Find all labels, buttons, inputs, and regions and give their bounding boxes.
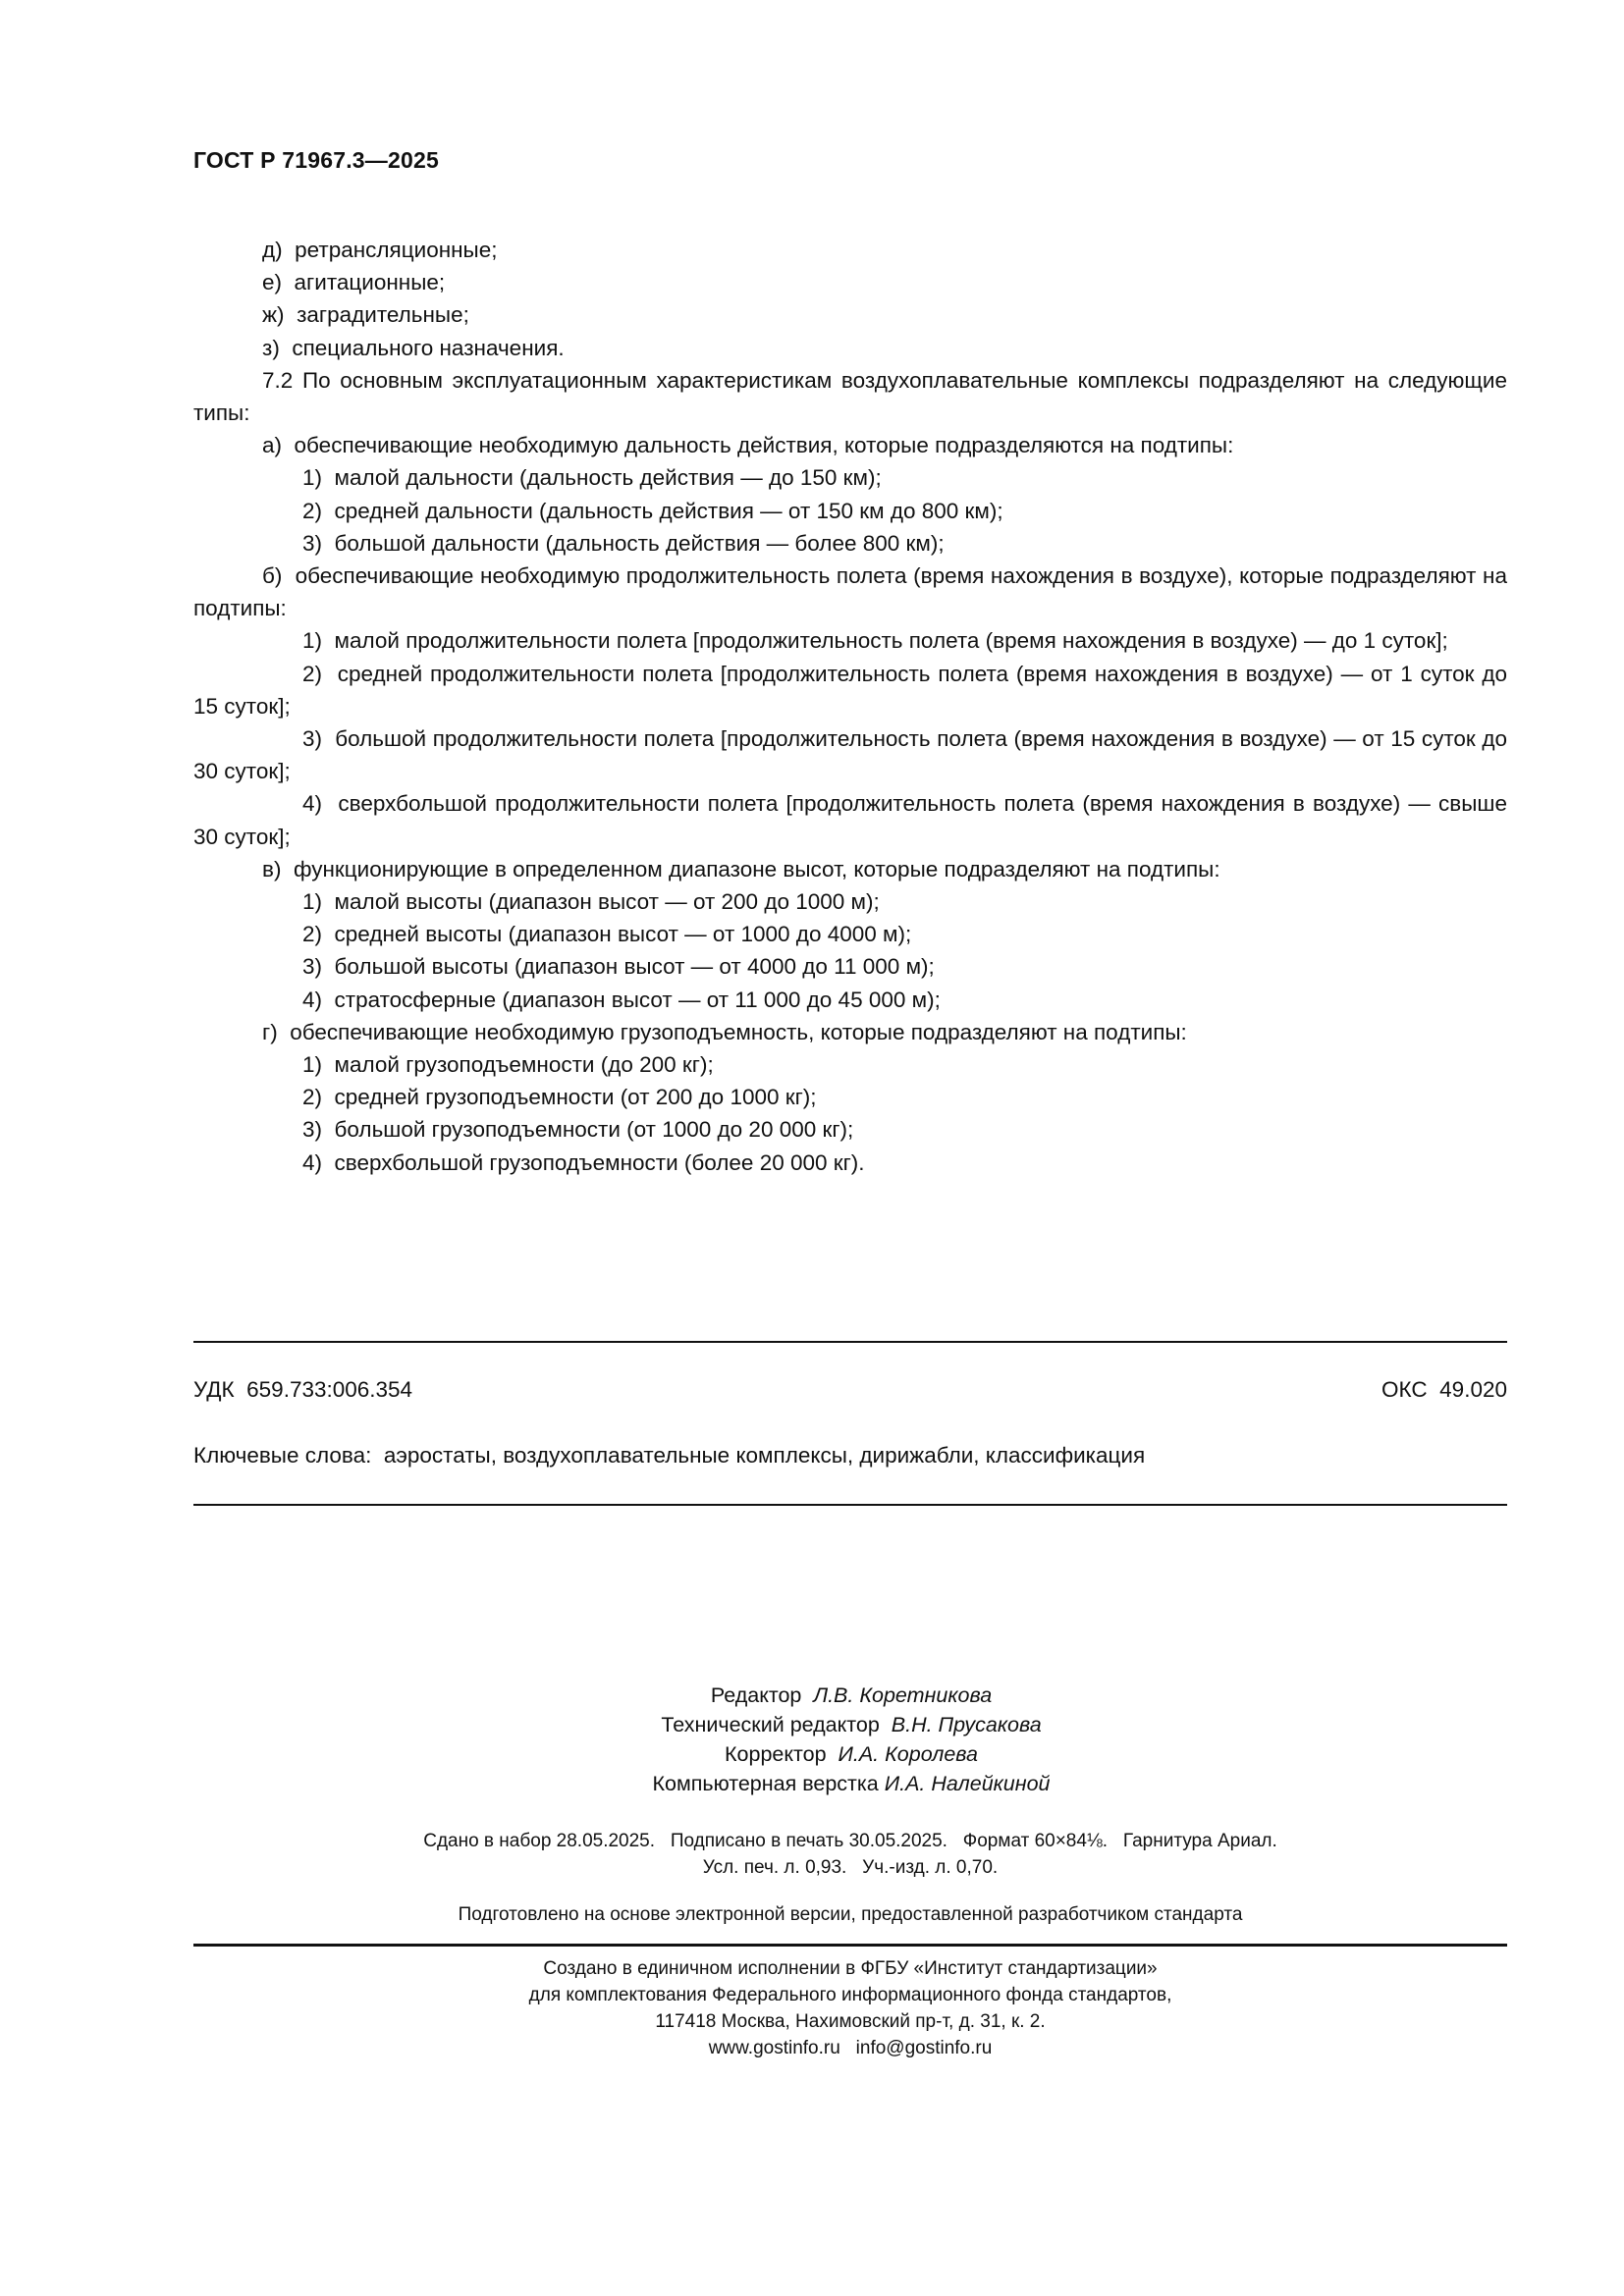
list-item-marker: 1) bbox=[302, 628, 322, 653]
list-item: г) обеспечивающие необходимую грузоподъе… bbox=[193, 1016, 1507, 1048]
publisher-contacts: www.gostinfo.ru info@gostinfo.ru bbox=[193, 2035, 1507, 2061]
list-item-marker: е) bbox=[262, 270, 282, 294]
udk-label: УДК bbox=[193, 1377, 235, 1402]
list-item-marker: д) bbox=[262, 238, 283, 262]
list-item: а) обеспечивающие необходимую дальность … bbox=[193, 429, 1507, 461]
udk-value: 659.733:006.354 bbox=[246, 1377, 412, 1402]
list-item-marker: 3) bbox=[302, 726, 322, 751]
publisher-address: 117418 Москва, Нахимовский пр-т, д. 31, … bbox=[193, 2008, 1507, 2035]
list-item-marker: 2) bbox=[302, 662, 322, 686]
list-item: з) специального назначения. bbox=[193, 332, 1507, 364]
list-item-text: обеспечивающие необходимую продолжительн… bbox=[193, 563, 1507, 620]
list-item: 4) стратосферные (диапазон высот — от 11… bbox=[193, 984, 1507, 1016]
list-item-text: средней дальности (дальность действия — … bbox=[335, 499, 1003, 523]
divider-bottom bbox=[193, 1504, 1507, 1506]
list-item: в) функционирующие в определенном диапаз… bbox=[193, 853, 1507, 885]
prepared-note: Подготовлено на основе электронной верси… bbox=[193, 1904, 1507, 1926]
list-item-marker: 1) bbox=[302, 889, 322, 914]
list-item-text: 7.2 По основным эксплуатационным характе… bbox=[193, 368, 1507, 425]
credit-editor: Редактор Л.В. Коретникова bbox=[550, 1681, 1153, 1710]
list-item-marker: 1) bbox=[302, 465, 322, 490]
list-item-marker: 2) bbox=[302, 1085, 322, 1109]
list-item-text: агитационные; bbox=[295, 270, 446, 294]
list-item-text: обеспечивающие необходимую грузоподъемно… bbox=[290, 1020, 1187, 1044]
list-item-marker: 2) bbox=[302, 922, 322, 946]
list-item: 2) средней высоты (диапазон высот — от 1… bbox=[193, 918, 1507, 950]
credit-name: Л.В. Коретникова bbox=[813, 1683, 992, 1707]
list-item-text: функционирующие в определенном диапазоне… bbox=[294, 857, 1220, 881]
credit-name: И.А. Королева bbox=[838, 1742, 978, 1766]
list-item: 4) сверхбольшой продолжительности полета… bbox=[193, 787, 1507, 852]
list-item-text: большой продолжительности полета [продол… bbox=[193, 726, 1507, 783]
list-item-marker: г) bbox=[262, 1020, 278, 1044]
list-item-marker: 4) bbox=[302, 1150, 322, 1175]
website-link[interactable]: www.gostinfo.ru bbox=[709, 2038, 840, 2058]
credit-name: В.Н. Прусакова bbox=[892, 1713, 1042, 1736]
list-item-text: средней высоты (диапазон высот — от 1000… bbox=[335, 922, 912, 946]
list-item: б) обеспечивающие необходимую продолжите… bbox=[193, 560, 1507, 624]
publisher-line-1: Создано в единичном исполнении в ФГБУ «И… bbox=[193, 1955, 1507, 1982]
keywords-label: Ключевые слова: bbox=[193, 1443, 371, 1468]
udk-code: УДК 659.733:006.354 bbox=[193, 1377, 412, 1403]
list-item-marker: 2) bbox=[302, 499, 322, 523]
list-item-text: большой дальности (дальность действия — … bbox=[335, 531, 945, 556]
oks-value: 49.020 bbox=[1439, 1377, 1507, 1402]
credit-role: Технический редактор bbox=[661, 1713, 879, 1736]
oks-code: ОКС 49.020 bbox=[1381, 1377, 1507, 1403]
email-link[interactable]: info@gostinfo.ru bbox=[856, 2038, 993, 2058]
list-item-marker: б) bbox=[262, 563, 282, 588]
credit-tech-editor: Технический редактор В.Н. Прусакова bbox=[550, 1710, 1153, 1739]
divider-publisher bbox=[193, 1944, 1507, 1947]
credit-role: Компьютерная верстка bbox=[652, 1772, 878, 1795]
list-item-marker: а) bbox=[262, 433, 282, 457]
list-item: е) агитационные; bbox=[193, 266, 1507, 298]
list-item-text: ретрансляционные; bbox=[295, 238, 497, 262]
document-designation: ГОСТ Р 71967.3—2025 bbox=[193, 147, 439, 174]
list-item: 7.2 По основным эксплуатационным характе… bbox=[193, 364, 1507, 429]
editorial-credits: Редактор Л.В. Коретникова Технический ре… bbox=[550, 1681, 1153, 1798]
list-item-marker: 3) bbox=[302, 1117, 322, 1142]
list-item-marker: 4) bbox=[302, 988, 322, 1012]
list-item: 3) большой дальности (дальность действия… bbox=[193, 527, 1507, 560]
list-item-text: большой высоты (диапазон высот — от 4000… bbox=[335, 954, 935, 979]
list-item-text: малой дальности (дальность действия — до… bbox=[335, 465, 882, 490]
list-item: ж) заградительные; bbox=[193, 298, 1507, 331]
list-item: 2) средней грузоподъемности (от 200 до 1… bbox=[193, 1081, 1507, 1113]
list-item-marker: 1) bbox=[302, 1052, 322, 1077]
list-item-text: обеспечивающие необходимую дальность дей… bbox=[295, 433, 1234, 457]
publisher-info: Создано в единичном исполнении в ФГБУ «И… bbox=[193, 1955, 1507, 2061]
list-item-text: малой грузоподъемности (до 200 кг); bbox=[335, 1052, 714, 1077]
list-item: 2) средней продолжительности полета [про… bbox=[193, 658, 1507, 722]
list-item: 1) малой продолжительности полета [продо… bbox=[193, 624, 1507, 657]
keywords-value: аэростаты, воздухоплавательные комплексы… bbox=[384, 1443, 1145, 1468]
list-item-text: специального назначения. bbox=[292, 336, 564, 360]
list-item-marker: ж) bbox=[262, 302, 285, 327]
list-item: 1) малой грузоподъемности (до 200 кг); bbox=[193, 1048, 1507, 1081]
imprint-line-1: Сдано в набор 28.05.2025. Подписано в пе… bbox=[193, 1828, 1507, 1854]
list-item: д) ретрансляционные; bbox=[193, 234, 1507, 266]
credit-role: Корректор bbox=[725, 1742, 827, 1766]
list-item-text: средней грузоподъемности (от 200 до 1000… bbox=[335, 1085, 817, 1109]
list-item-marker: в) bbox=[262, 857, 281, 881]
credit-name: И.А. Налейкиной bbox=[885, 1772, 1051, 1795]
list-item: 4) сверхбольшой грузоподъемности (более … bbox=[193, 1147, 1507, 1179]
list-item-text: сверхбольшой продолжительности полета [п… bbox=[193, 791, 1507, 848]
list-item-marker: 4) bbox=[302, 791, 322, 816]
list-item-text: малой продолжительности полета [продолжи… bbox=[335, 628, 1448, 653]
imprint-line-2: Усл. печ. л. 0,93. Уч.-изд. л. 0,70. bbox=[193, 1854, 1507, 1881]
list-item-text: сверхбольшой грузоподъемности (более 20 … bbox=[335, 1150, 865, 1175]
credit-proofreader: Корректор И.А. Королева bbox=[550, 1739, 1153, 1769]
list-item: 1) малой дальности (дальность действия —… bbox=[193, 461, 1507, 494]
list-item: 1) малой высоты (диапазон высот — от 200… bbox=[193, 885, 1507, 918]
list-item-text: стратосферные (диапазон высот — от 11 00… bbox=[335, 988, 941, 1012]
credit-role: Редактор bbox=[711, 1683, 802, 1707]
list-item-text: малой высоты (диапазон высот — от 200 до… bbox=[335, 889, 880, 914]
list-item-text: большой грузоподъемности (от 1000 до 20 … bbox=[335, 1117, 854, 1142]
list-item: 3) большой грузоподъемности (от 1000 до … bbox=[193, 1113, 1507, 1146]
list-item: 2) средней дальности (дальность действия… bbox=[193, 495, 1507, 527]
credit-layout: Компьютерная верстка И.А. Налейкиной bbox=[550, 1769, 1153, 1798]
print-imprint: Сдано в набор 28.05.2025. Подписано в пе… bbox=[193, 1828, 1507, 1881]
list-item-text: заградительные; bbox=[297, 302, 469, 327]
publisher-line-2: для комплектования Федерального информац… bbox=[193, 1982, 1507, 2008]
list-item-marker: 3) bbox=[302, 954, 322, 979]
list-item: 3) большой продолжительности полета [про… bbox=[193, 722, 1507, 787]
list-item-marker: з) bbox=[262, 336, 280, 360]
divider-top bbox=[193, 1341, 1507, 1343]
document-body: д) ретрансляционные;е) агитационные;ж) з… bbox=[193, 234, 1507, 1179]
list-item-text: средней продолжительности полета [продол… bbox=[193, 662, 1507, 719]
oks-label: ОКС bbox=[1381, 1377, 1428, 1402]
list-item-marker: 3) bbox=[302, 531, 322, 556]
keywords: Ключевые слова: аэростаты, воздухоплават… bbox=[193, 1443, 1145, 1468]
list-item: 3) большой высоты (диапазон высот — от 4… bbox=[193, 950, 1507, 983]
